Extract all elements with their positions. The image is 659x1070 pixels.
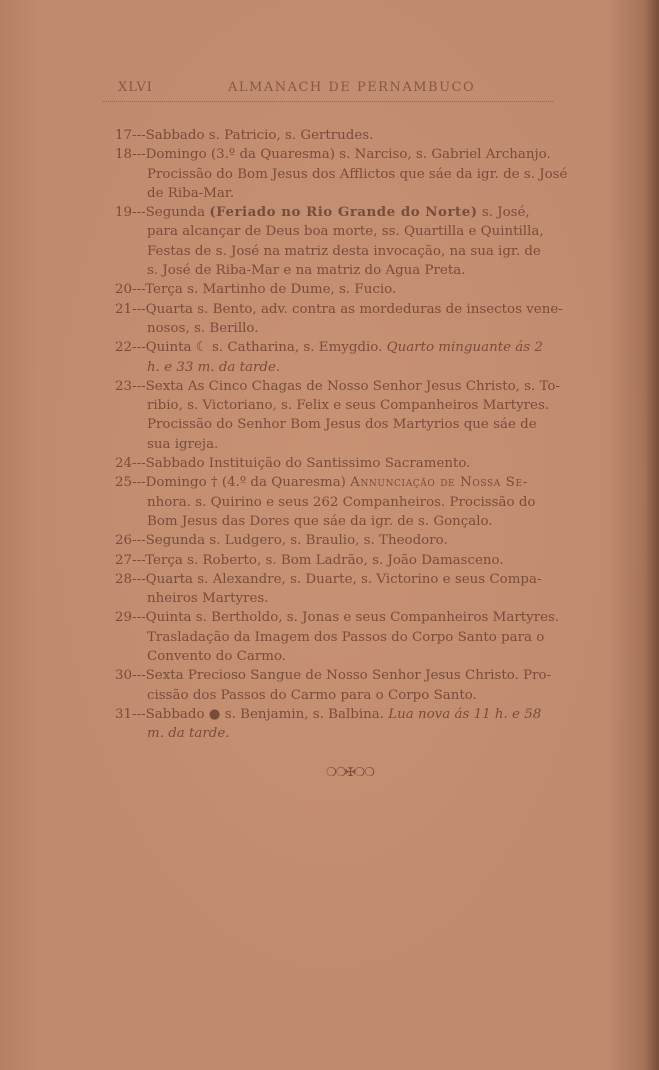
entry-day-23: 23---Sexta As Cinco Chagas de Nosso Senh… — [115, 377, 555, 454]
entry-line: h. e 33 m. da tarde. — [115, 358, 555, 377]
entry-first-line: 25---Domingo † (4.º da Quaresma) Annunci… — [115, 473, 555, 492]
entry-line: 23---Sexta As Cinco Chagas de Nosso Senh… — [115, 377, 555, 396]
entry-line: 30---Sexta Precioso Sangue de Nosso Senh… — [115, 666, 555, 685]
ornament-divider-icon: ❍❍✠❍❍ — [300, 765, 400, 779]
entry-first-line: 19---Segunda (Feriado no Rio Grande do N… — [115, 203, 555, 222]
entry-line: 20---Terça s. Martinho de Dume, s. Fucio… — [115, 280, 555, 299]
entry-prefix: 25---Domingo † (4.º da Quaresma) — [115, 475, 350, 490]
entry-prefix: 31---Sabbado ● s. Benjamin, s. Balbina. — [115, 707, 388, 722]
entry-line: Convento do Carmo. — [115, 647, 555, 666]
entry-line: 29---Quinta s. Bertholdo, s. Jonas e seu… — [115, 608, 555, 627]
entry-line: 27---Terça s. Roberto, s. Bom Ladrão, s.… — [115, 551, 555, 570]
entry-line: Procissão do Senhor Bom Jesus dos Martyr… — [115, 415, 555, 434]
entry-day-24: 24---Sabbado Instituição do Santissimo S… — [115, 454, 555, 473]
entry-day-18: 18---Domingo (3.º da Quaresma) s. Narcis… — [115, 145, 555, 203]
entry-prefix: 22---Quinta ☾ s. Catharina, s. Emygdio. — [115, 340, 387, 355]
running-title: ALMANACH DE PERNAMBUCO — [228, 80, 475, 95]
entry-line: sua igreja. — [115, 435, 555, 454]
page-number: XLVI — [118, 80, 228, 95]
entry-line: 18---Domingo (3.º da Quaresma) s. Narcis… — [115, 145, 555, 164]
entry-line: s. José de Riba-Mar e na matriz do Agua … — [115, 261, 555, 280]
entry-line: Trasladação da Imagem dos Passos do Corp… — [115, 628, 555, 647]
entry-day-30: 30---Sexta Precioso Sangue de Nosso Senh… — [115, 666, 555, 705]
entry-day-26: 26---Segunda s. Ludgero, s. Braulio, s. … — [115, 531, 555, 550]
entry-line: Bom Jesus das Dores que sáe da igr. de s… — [115, 512, 555, 531]
entry-line: m. da tarde. — [115, 724, 555, 743]
entry-day-19: 19---Segunda (Feriado no Rio Grande do N… — [115, 203, 555, 280]
entry-line: Procissão do Bom Jesus dos Afflictos que… — [115, 165, 555, 184]
feast-title: Annunciação de Nossa Se- — [350, 475, 528, 490]
header-rule — [103, 101, 553, 102]
entry-line: nheiros Martyres. — [115, 589, 555, 608]
entry-line: cissão dos Passos do Carmo para o Corpo … — [115, 686, 555, 705]
entry-first-line: 22---Quinta ☾ s. Catharina, s. Emygdio. … — [115, 338, 555, 357]
entry-line: 26---Segunda s. Ludgero, s. Braulio, s. … — [115, 531, 555, 550]
entry-line: 24---Sabbado Instituição do Santissimo S… — [115, 454, 555, 473]
entry-day-31: 31---Sabbado ● s. Benjamin, s. Balbina. … — [115, 705, 555, 744]
entry-day-20: 20---Terça s. Martinho de Dume, s. Fucio… — [115, 280, 555, 299]
entry-line: de Riba-Mar. — [115, 184, 555, 203]
moon-phase-note: Lua nova ás 11 h. e 58 — [388, 707, 541, 722]
holiday-note: (Feriado no Rio Grande do Norte) — [209, 204, 477, 220]
entry-line: 17---Sabbado s. Patricio, s. Gertrudes. — [115, 126, 555, 145]
entry-day-28: 28---Quarta s. Alexandre, s. Duarte, s. … — [115, 570, 555, 609]
entry-line: 21---Quarta s. Bento, adv. contra as mor… — [115, 300, 555, 319]
entry-suffix: s. José, — [478, 205, 530, 220]
entry-line: ribio, s. Victoriano, s. Felix e seus Co… — [115, 396, 555, 415]
entry-line: Festas de s. José na matriz desta invoca… — [115, 242, 555, 261]
entry-line: nhora. s. Quirino e seus 262 Companheiro… — [115, 493, 555, 512]
entry-prefix: 19---Segunda — [115, 205, 209, 220]
entry-day-29: 29---Quinta s. Bertholdo, s. Jonas e seu… — [115, 608, 555, 666]
page-spine-shadow — [645, 0, 659, 1070]
almanac-page: XLVI ALMANACH DE PERNAMBUCO 17---Sabbado… — [0, 0, 659, 1070]
entry-day-22: 22---Quinta ☾ s. Catharina, s. Emygdio. … — [115, 338, 555, 377]
entry-day-17: 17---Sabbado s. Patricio, s. Gertrudes. — [115, 126, 555, 145]
entry-first-line: 31---Sabbado ● s. Benjamin, s. Balbina. … — [115, 705, 555, 724]
calendar-entries: 17---Sabbado s. Patricio, s. Gertrudes. … — [115, 126, 555, 744]
running-header: XLVI ALMANACH DE PERNAMBUCO — [118, 80, 558, 95]
entry-line: nosos, s. Berillo. — [115, 319, 555, 338]
entry-day-21: 21---Quarta s. Bento, adv. contra as mor… — [115, 300, 555, 339]
entry-day-27: 27---Terça s. Roberto, s. Bom Ladrão, s.… — [115, 551, 555, 570]
entry-line: para alcançar de Deus boa morte, ss. Qua… — [115, 222, 555, 241]
entry-line: 28---Quarta s. Alexandre, s. Duarte, s. … — [115, 570, 555, 589]
moon-phase-note: Quarto minguante ás 2 — [387, 340, 543, 355]
entry-day-25: 25---Domingo † (4.º da Quaresma) Annunci… — [115, 473, 555, 531]
